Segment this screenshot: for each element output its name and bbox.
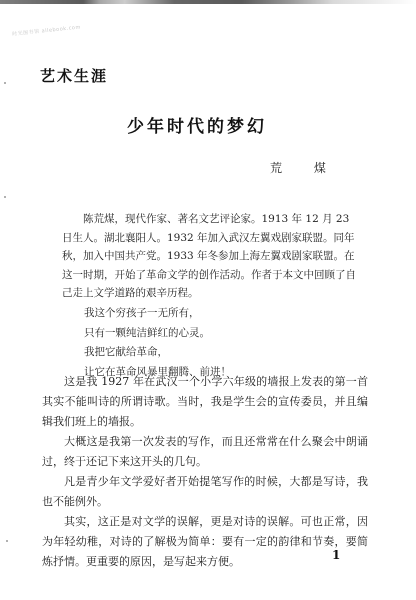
body-paragraph: 大概这是我第一次发表的写作，而且还常常在什么聚会中朗诵过，终于还记下来这开头的几… — [42, 432, 368, 472]
scan-speck — [6, 540, 8, 542]
body-text: 这是我 1927 年在武汉一个小学六年级的墙报上发表的第一首其实不能叫诗的所谓诗… — [42, 372, 368, 572]
scan-artifact-band — [0, 0, 416, 4]
intro-paragraph: 陈荒煤，现代作家、著名文艺评论家。1913 年 12 月 23 日生人。湖北襄阳… — [62, 210, 362, 303]
section-title: 艺术生涯 — [40, 65, 108, 86]
poem-line: 只有一颗纯洁鲜红的心灵。 — [84, 324, 231, 344]
scan-speck — [4, 196, 6, 198]
author-introduction: 陈荒煤，现代作家、著名文艺评论家。1913 年 12 月 23 日生人。湖北襄阳… — [62, 210, 362, 303]
watermark: 时光图书馆 allebook.com — [12, 23, 81, 37]
article-title: 少年时代的梦幻 — [127, 112, 267, 137]
poem-line: 我把它献给革命， — [84, 343, 231, 363]
poem-line: 我这个穷孩子一无所有， — [84, 304, 231, 324]
page-number: 1 — [332, 548, 340, 562]
author-name: 荒 煤 — [270, 159, 340, 176]
poem-block: 我这个穷孩子一无所有， 只有一颗纯洁鲜红的心灵。 我把它献给革命， 让它在革命风… — [84, 304, 231, 382]
scan-speck — [4, 82, 6, 84]
body-paragraph: 这是我 1927 年在武汉一个小学六年级的墙报上发表的第一首其实不能叫诗的所谓诗… — [42, 372, 368, 432]
body-paragraph: 凡是青少年文学爱好者开始提笔写作的时候，大都是写诗，我也不能例外。 — [42, 472, 368, 512]
body-paragraph: 其实，这正是对文学的误解，更是对诗的误解。可也正常，因为年轻幼稚，对诗的了解极为… — [42, 512, 368, 572]
